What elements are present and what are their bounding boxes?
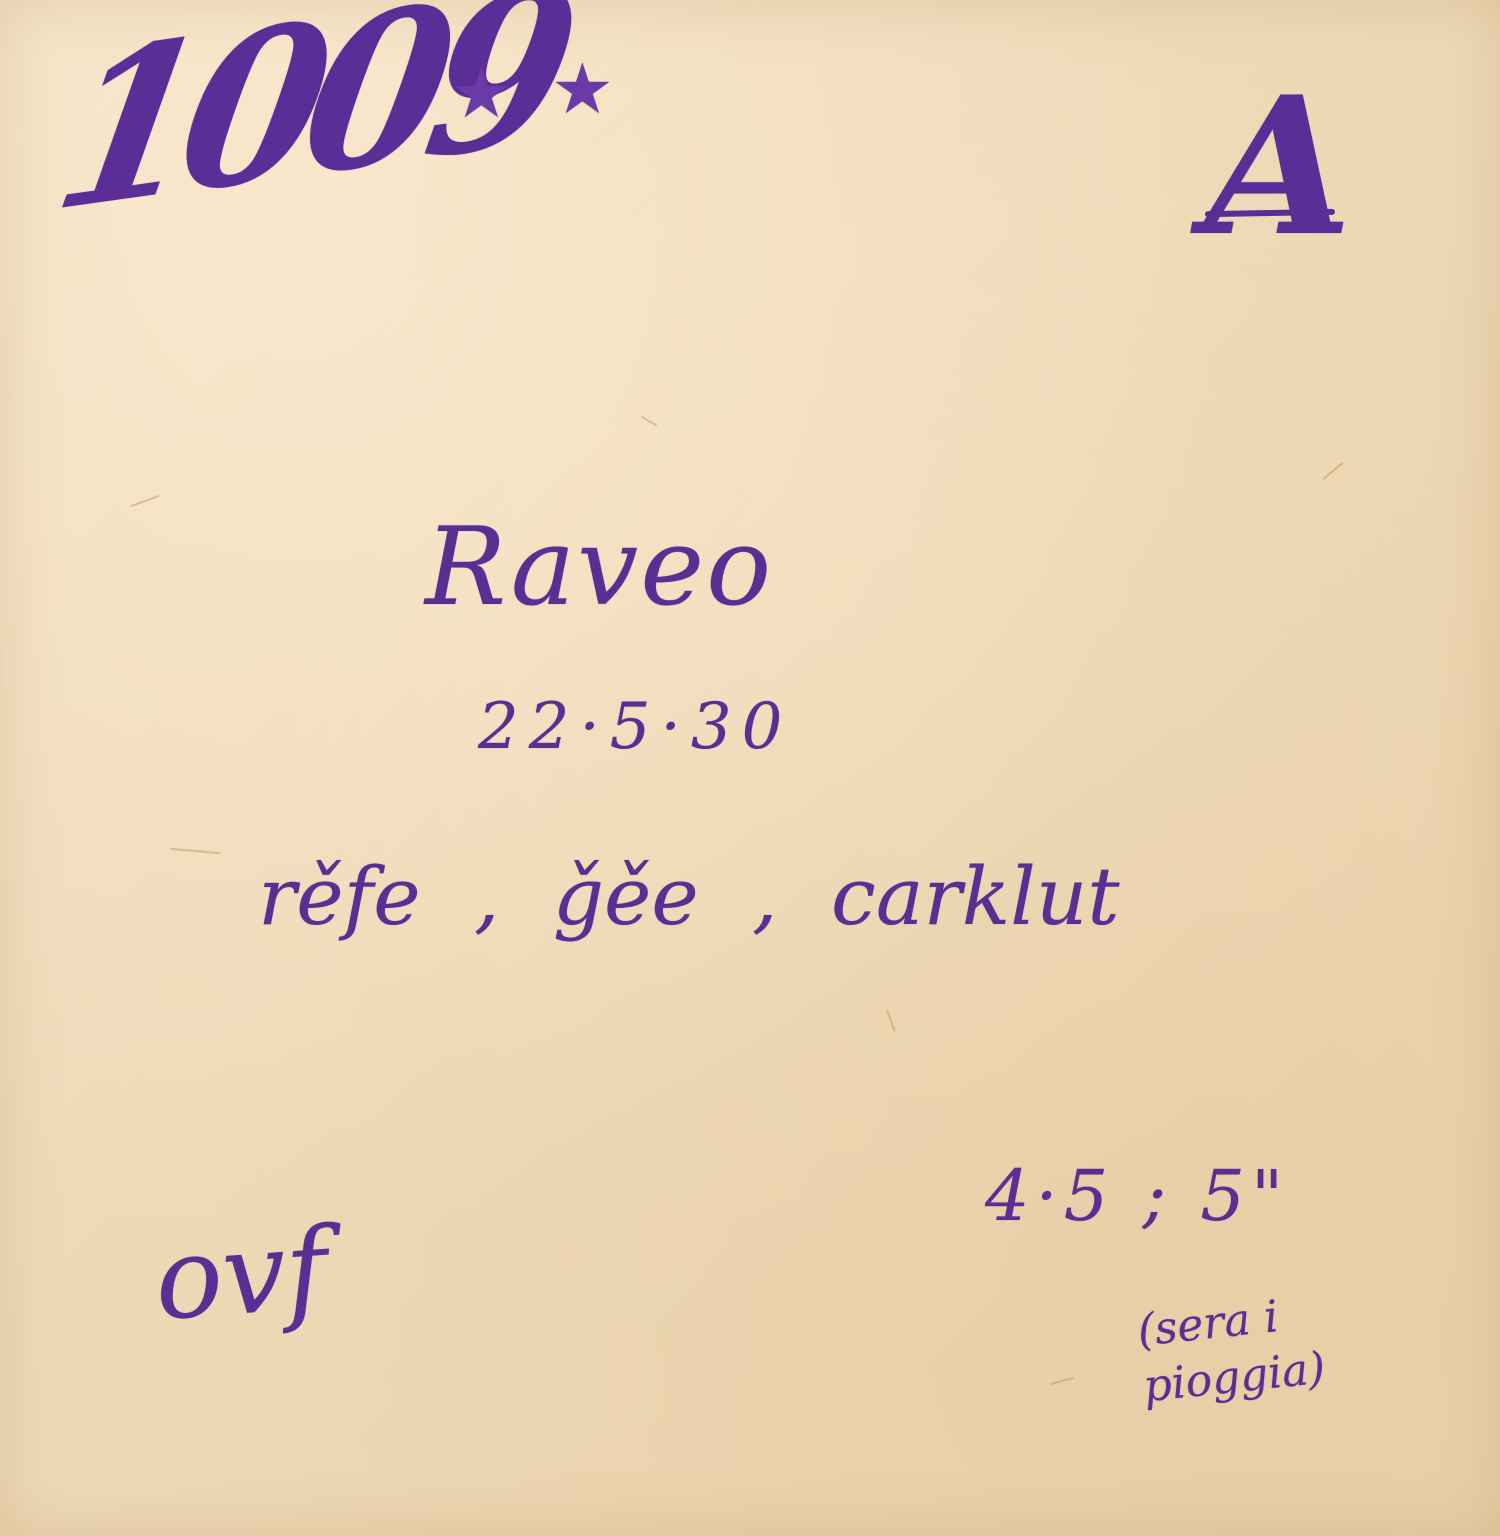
paper-fiber [131,495,160,507]
paper-fiber [886,1010,895,1031]
series-letter: A [1205,55,1352,278]
measurement: 4·5 ; 5" [985,1155,1289,1237]
paper-fiber [1050,1377,1074,1385]
weather-note: (sera i pioggia) [1135,1277,1405,1416]
descriptors-line: rěfe , ǧěe , carklut [258,850,1120,943]
star-icon: ★ [551,48,622,130]
rating-stars: ★ ★ [450,52,622,134]
paper-fiber [1322,462,1343,480]
paper-fiber [170,848,220,854]
index-card: 1009 ★ ★ A Raveo 22·5·30 rěfe , ǧěe , ca… [0,0,1500,1536]
place-name: Raveo [425,505,773,630]
star-icon: ★ [450,52,521,134]
date: 22·5·30 [478,690,792,764]
signature: ovf [151,1204,332,1346]
paper-fiber [641,416,658,427]
